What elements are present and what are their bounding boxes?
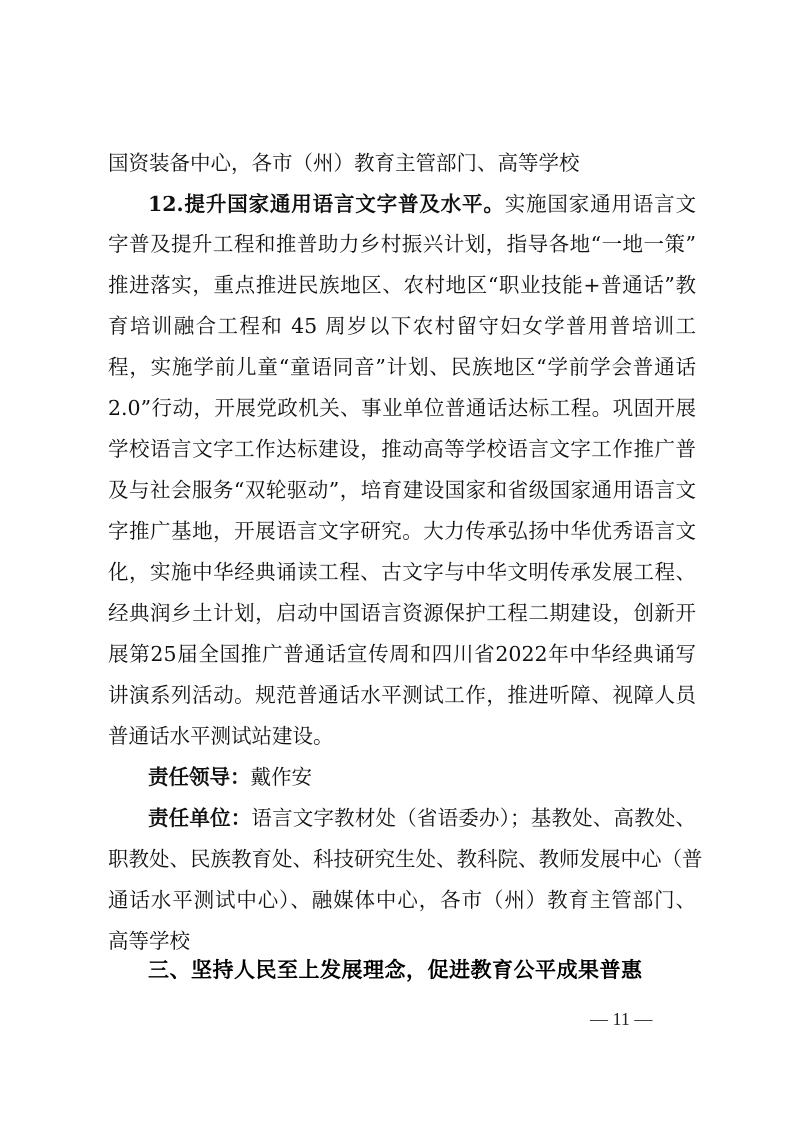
text-line: 经典润乡土计划，启动中国语言资源保护工程二期建设，创新开 — [108, 593, 696, 633]
units-first-line: 语言文字教材处（省语委办）；基教处、高教处、 — [251, 806, 696, 830]
text-line: 程，实施学前儿童“童语同音”计划、民族地区“学前学会普通话 — [108, 347, 696, 387]
leader-line: 责任领导：戴作安 — [148, 757, 696, 797]
text-line: 字普及提升工程和推普助力乡村振兴计划，指导各地“一地一策” — [108, 224, 696, 264]
text-line: 2.0”行动，开展党政机关、事业单位普通话达标工程。巩固开展 — [108, 388, 696, 428]
text-line: 及与社会服务“双轮驱动”，培育建设国家和省级国家通用语言文 — [108, 470, 696, 510]
item-12-heading-line: 12.提升国家通用语言文字普及水平。实施国家通用语言文 — [148, 184, 696, 224]
text-line: 普通话水平测试站建设。 — [108, 716, 696, 756]
text-line: 字推广基地，开展语言文字研究。大力传承弘扬中华优秀语言文 — [108, 511, 696, 551]
text-line: 育培训融合工程和 45 周岁以下农村留守妇女学普用普培训工 — [108, 306, 696, 346]
text-line: 讲演系列活动。规范普通话水平测试工作，推进听障、视障人员 — [108, 675, 696, 715]
text-line: 学校语言文字工作达标建设，推动高等学校语言文字工作推广普 — [108, 429, 696, 469]
units-label: 责任单位： — [148, 806, 251, 830]
text-line: 推进落实，重点推进民族地区、农村地区“职业技能+普通话”教 — [108, 265, 696, 305]
leader-label: 责任领导： — [148, 765, 251, 789]
page-number: — 11 — — [590, 1004, 652, 1034]
units-text-line: 职教处、民族教育处、科技研究生处、教科院、教师发展中心（普 — [108, 839, 696, 879]
section-heading: 三、坚持人民至上发展理念，促进教育公平成果普惠 — [148, 948, 643, 992]
text-line: 国资装备中心，各市（州）教育主管部门、高等学校 — [108, 143, 696, 183]
text-line: 化，实施中华经典诵读工程、古文字与中华文明传承发展工程、 — [108, 552, 696, 592]
item-12-text: 实施国家通用语言文 — [505, 192, 696, 216]
leader-value: 戴作安 — [251, 765, 313, 789]
document-page: 国资装备中心，各市（州）教育主管部门、高等学校 12.提升国家通用语言文字普及水… — [0, 0, 793, 1122]
units-text-line: 通话水平测试中心）、融媒体中心，各市（州）教育主管部门、 — [108, 880, 696, 920]
units-line: 责任单位：语言文字教材处（省语委办）；基教处、高教处、 — [148, 798, 696, 838]
text-line: 展第25届全国推广普通话宣传周和四川省2022年中华经典诵写 — [108, 634, 696, 674]
item-12-title: 12.提升国家通用语言文字普及水平。 — [148, 192, 505, 216]
